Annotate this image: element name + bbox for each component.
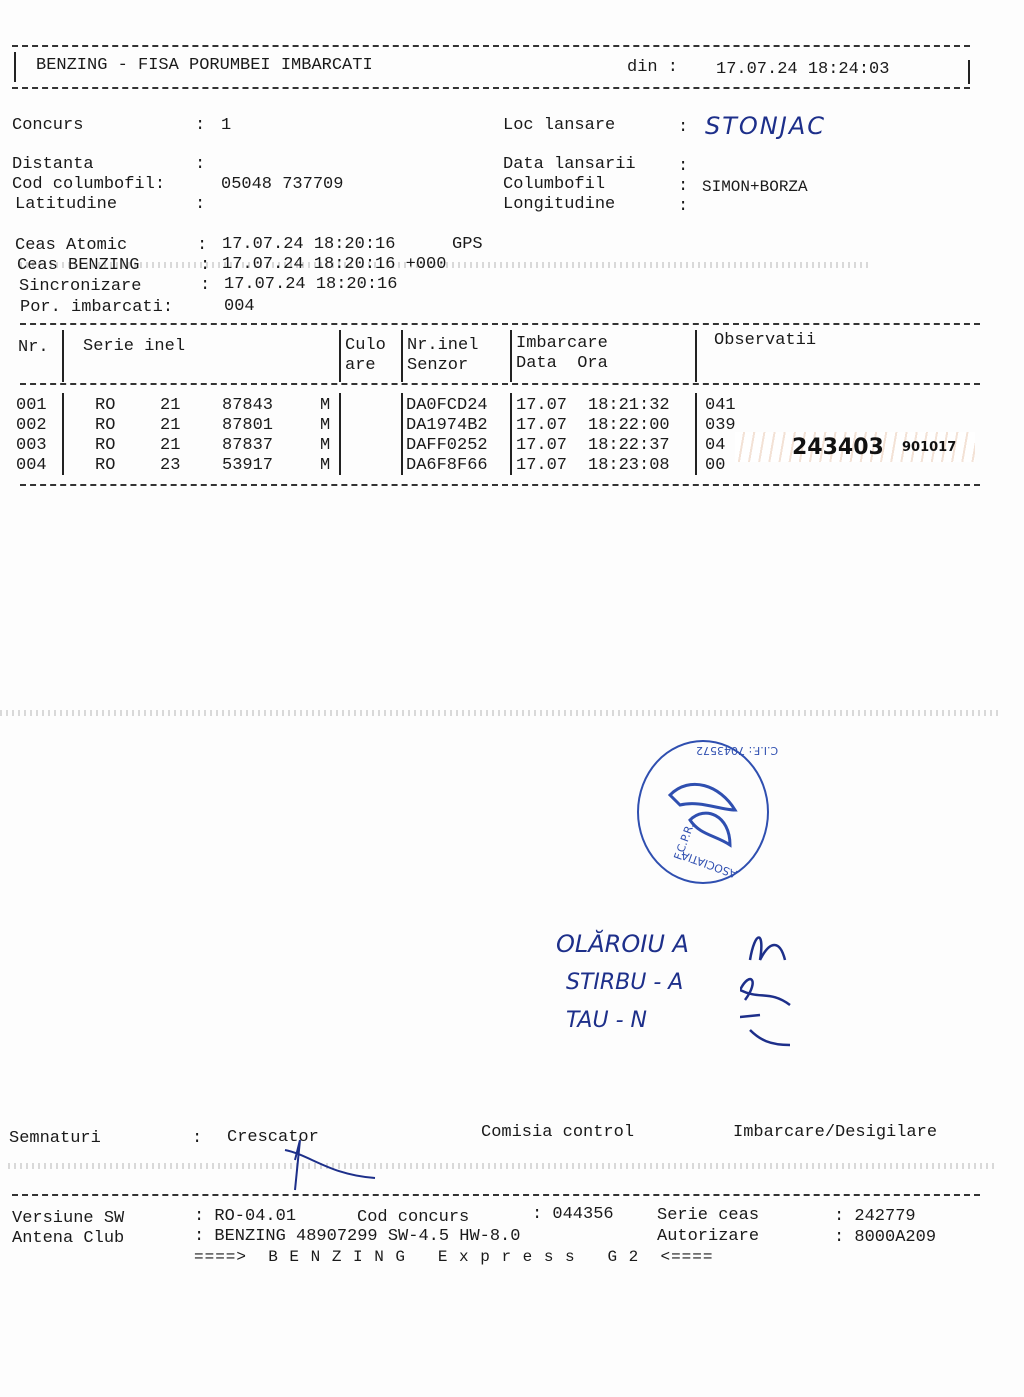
loc-lansare-label: Loc lansare [503,116,615,136]
table-cell-ora: 18:22:37 [588,436,670,456]
table-cell-senzor: DA1974B2 [406,416,488,436]
col-divider [695,393,697,475]
table-cell-obs: 04 [705,436,725,456]
loc-lansare-handwritten: STONJAC [705,112,826,140]
header-right-border [968,60,970,84]
table-cell-serie: 87801 [222,416,273,436]
header-nr-inel-2: Senzor [407,356,468,376]
print-noise [8,1163,998,1169]
latitudine-label: Latitudine [15,195,117,215]
signature-imbarcare: Imbarcare/Desigilare [733,1123,937,1143]
ceas-benzing-value: 17.07.24 18:20:16 +000 [222,255,446,275]
table-cell-nr: 001 [16,396,47,416]
handwritten-signatures [740,920,820,1060]
signatures-colon: : [192,1129,202,1149]
concurs-label: Concurs [12,116,83,136]
serie-ceas-value-text: 242779 [854,1207,915,1226]
table-cell-an: 21 [160,416,180,436]
header-nr-inel-1: Nr.inel [407,336,478,356]
table-cell-an: 23 [160,456,180,476]
ceas-atomic-value: 17.07.24 18:20:16 [222,235,395,255]
data-lansarii-label: Data lansarii [503,155,636,175]
stamp-cif: C.I.F.: 7043572 [696,744,778,757]
cod-concurs-label: Cod concurs [357,1208,469,1228]
columbofil-colon: : [678,177,688,197]
cod-concurs-value: : 044356 [532,1205,614,1225]
columbofil-value: SIMON+BORZA [702,177,808,197]
brand-line: ====> B E N Z I N G E x p r e s s G 2 <=… [194,1247,713,1267]
crescator-signature [280,1135,380,1200]
table-bottom-border [20,484,980,486]
header-observatii: Observatii [714,331,816,351]
ceas-atomic-label: Ceas Atomic [15,236,127,256]
print-noise [0,710,1000,716]
table-header-divider [20,383,980,385]
antena-label: Antena Club [12,1229,124,1249]
sincronizare-value: 17.07.24 18:20:16 [224,275,397,295]
table-cell-data: 17.07 [516,396,567,416]
col-divider [339,330,341,382]
table-cell-serie: 53917 [222,456,273,476]
header-culoare-2: are [345,356,376,376]
table-cell-ora: 18:22:00 [588,416,670,436]
antena-value: : BENZING 48907299 SW-4.5 HW-8.0 [194,1227,520,1247]
table-cell-ora: 18:21:32 [588,396,670,416]
document-title: BENZING - FISA PORUMBEI IMBARCATI [36,56,373,76]
ceas-atomic-colon: : [197,236,207,256]
distanta-colon: : [195,155,205,175]
fish-logo-icon [660,765,750,855]
signatures-label: Semnaturi [9,1129,101,1149]
versiune-value: : RO-04.01 [194,1207,296,1227]
col-divider [510,330,512,382]
print-date-label: din : [627,58,678,78]
table-cell-tara: RO [95,456,115,476]
table-cell-an: 21 [160,396,180,416]
concurs-colon: : [195,116,205,136]
print-date-value: 17.07.24 18:24:03 [716,60,889,80]
table-cell-sex: M [320,396,330,416]
autorizare-label: Autorizare [657,1227,759,1247]
cod-columbofil-label: Cod columbofil: [12,175,165,195]
table-cell-an: 21 [160,436,180,456]
table-cell-data: 17.07 [516,436,567,456]
header-culoare-1: Culo [345,336,386,356]
concurs-value: 1 [221,116,231,136]
table-cell-nr: 003 [16,436,47,456]
col-divider [401,330,403,382]
header-top-border [12,45,970,47]
ceas-benzing-label: Ceas BENZING [17,256,139,276]
header-serie-inel: Serie inel [83,337,185,357]
signature-comisia: Comisia control [481,1123,634,1143]
serie-ceas-label: Serie ceas [657,1206,759,1226]
table-top-border [20,323,980,325]
col-divider [62,393,64,475]
autorizare-value-text: 8000A209 [854,1228,936,1247]
table-cell-serie: 87837 [222,436,273,456]
distanta-label: Distanta [12,155,94,175]
header-left-border [14,52,16,82]
handwritten-name-3: TAU - N [566,1008,647,1033]
table-cell-data: 17.07 [516,456,567,476]
cod-columbofil-label-text: Cod columbofil [12,175,155,194]
longitudine-label: Longitudine [503,195,615,215]
table-cell-obs: 00 [705,456,725,476]
col-divider [62,330,64,382]
columbofil-label: Columbofil [503,175,605,195]
latitudine-colon: : [195,195,205,215]
longitudine-colon: : [678,197,688,217]
sincronizare-colon: : [200,276,210,296]
data-lansarii-colon: : [678,157,688,177]
sincronizare-label: Sincronizare [19,277,141,297]
por-imbarcati-value: 004 [224,297,255,317]
table-cell-ora: 18:23:08 [588,456,670,476]
por-imbarcati-label: Por. imbarcati: [20,298,173,318]
handwritten-name-2: STIRBU - A [566,970,683,995]
table-cell-sex: M [320,456,330,476]
por-imbarcati-label-text: Por. imbarcati [20,298,163,317]
table-cell-nr: 002 [16,416,47,436]
col-divider [339,393,341,475]
handwritten-name-1: OLĂROIU A [556,930,689,958]
seal-code-main: 243403 [792,435,884,460]
col-divider [695,330,697,382]
header-imbarcare-1: Imbarcare [516,334,608,354]
table-cell-tara: RO [95,396,115,416]
table-cell-sex: M [320,436,330,456]
header-imbarcare-2: Data Ora [516,354,608,374]
footer-divider [12,1194,980,1196]
table-cell-nr: 004 [16,456,47,476]
col-divider [401,393,403,475]
header-bottom-border [12,87,970,89]
table-cell-tara: RO [95,436,115,456]
serie-ceas-value: : 242779 [834,1207,916,1227]
autorizare-value: : 8000A209 [834,1228,936,1248]
loc-lansare-colon: : [678,118,688,138]
cod-concurs-value-text: 044356 [552,1205,613,1224]
table-cell-data: 17.07 [516,416,567,436]
versiune-value-text: RO-04.01 [214,1207,296,1226]
table-cell-obs: 039 [705,416,736,436]
versiune-label: Versiune SW [12,1209,124,1229]
seal-code-small: 901017 [902,440,956,455]
table-cell-serie: 87843 [222,396,273,416]
table-cell-tara: RO [95,416,115,436]
col-divider [510,393,512,475]
table-cell-obs: 041 [705,396,736,416]
cod-columbofil-value: 05048 737709 [221,175,343,195]
header-nr: Nr. [18,338,49,358]
table-cell-senzor: DA6F8F66 [406,456,488,476]
table-cell-senzor: DA0FCD24 [406,396,488,416]
antena-value-text: BENZING 48907299 SW-4.5 HW-8.0 [214,1227,520,1246]
table-cell-senzor: DAFF0252 [406,436,488,456]
table-cell-sex: M [320,416,330,436]
ceas-atomic-source: GPS [452,235,483,255]
ceas-benzing-colon: : [200,256,210,276]
